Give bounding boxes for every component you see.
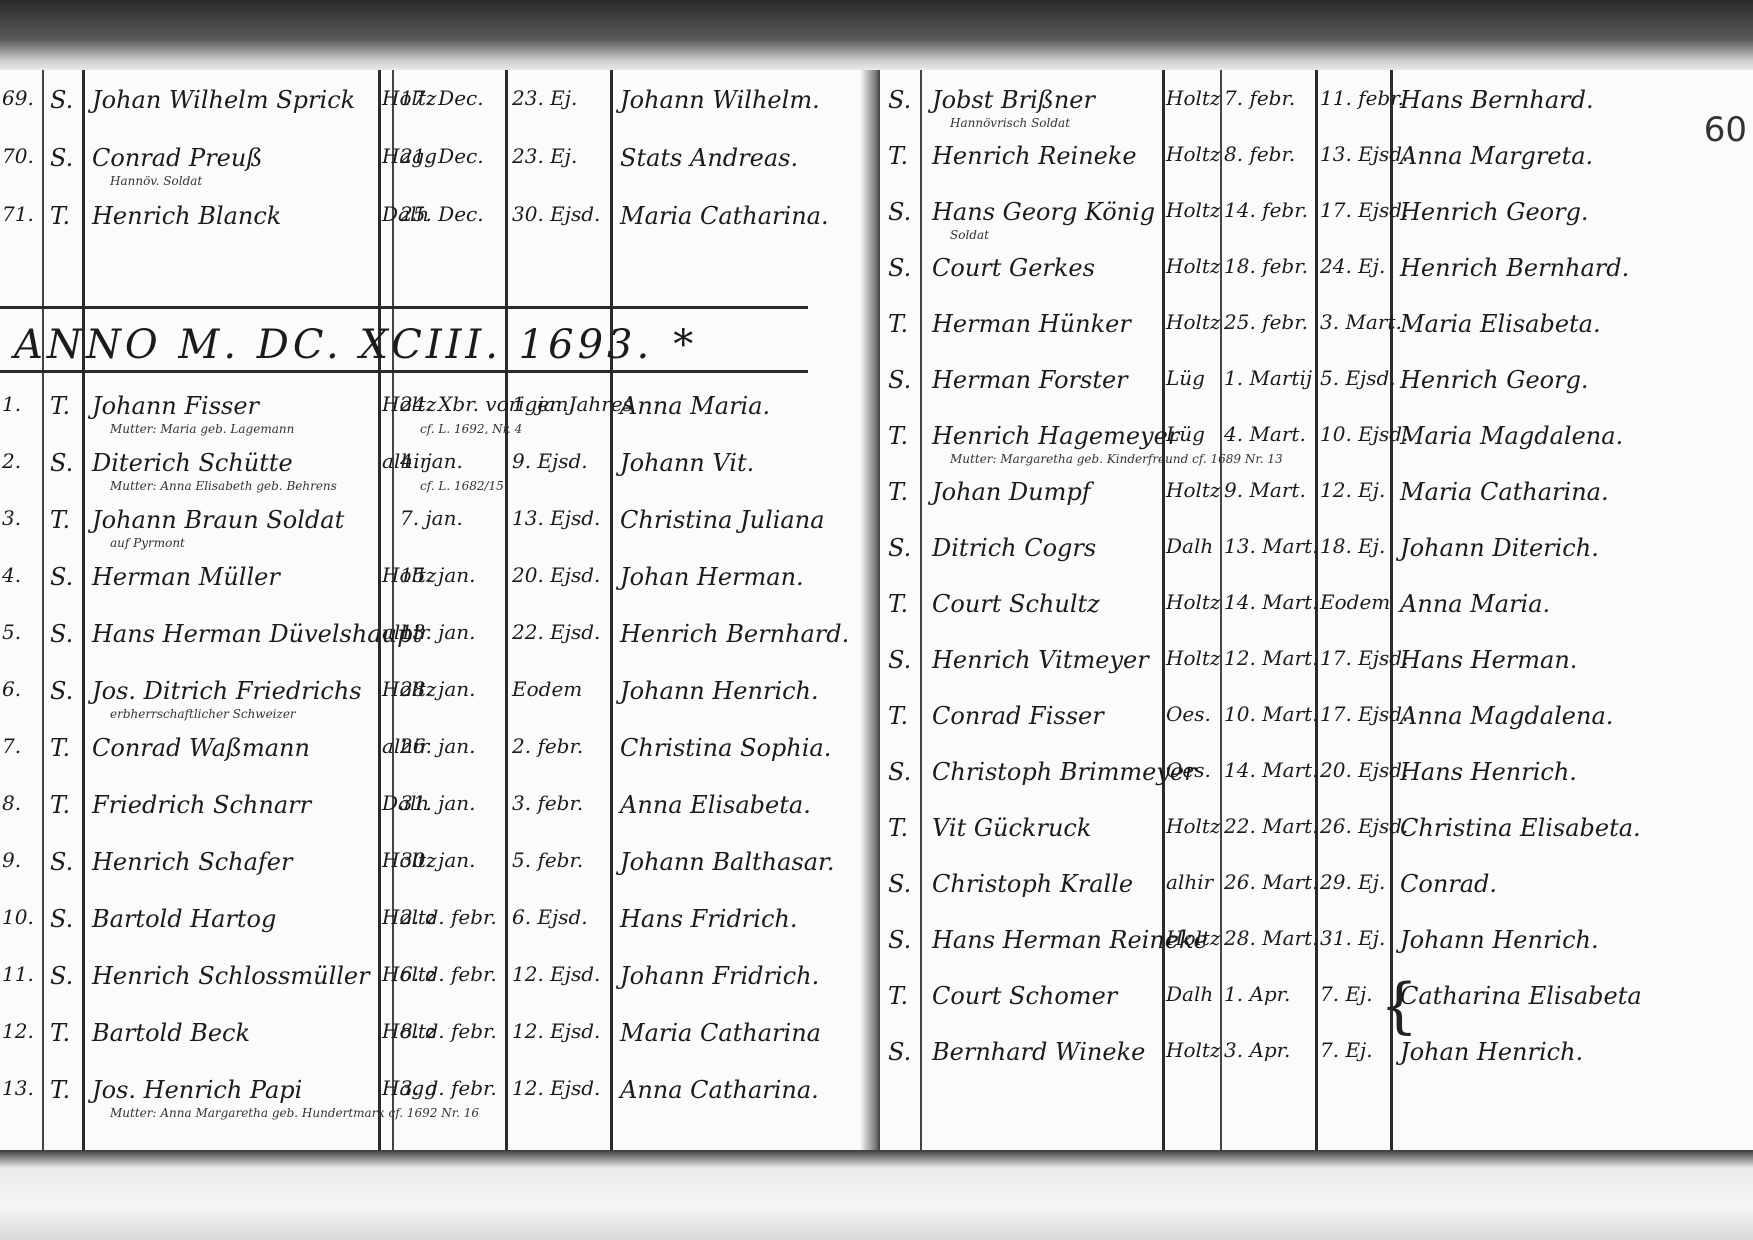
baptism-date: 17. Ejsd. [1320, 646, 1408, 670]
birth-date: 18. febr. [1224, 254, 1308, 278]
birth-date: 31. jan. [400, 791, 476, 815]
sex-mark: S. [50, 677, 73, 705]
birth-date: 28. Mart. [1224, 926, 1319, 950]
entry-note: Mutter: Maria geb. Lagemann [110, 422, 294, 436]
sex-mark: S. [888, 534, 911, 562]
place: Holtz [1166, 86, 1220, 110]
sex-mark: S. [50, 449, 73, 477]
register-row: 3.T.Johann Braun Soldatauf Pyrmont7. jan… [0, 500, 868, 552]
entry-number: 3. [2, 506, 21, 530]
father-name: Henrich Schafer [92, 848, 292, 876]
entry-number: 71. [2, 202, 34, 226]
father-name: Ditrich Cogrs [932, 534, 1096, 562]
child-name: Johann Fridrich. [620, 962, 819, 990]
place: Holtz [1166, 590, 1220, 614]
baptism-date: 11. febr. [1320, 86, 1404, 110]
child-name: Maria Catharina. [620, 202, 829, 230]
sex-mark: T. [888, 422, 908, 450]
father-name: Hans Herman Düvelshaupt [92, 620, 422, 648]
entry-note: Mutter: Anna Elisabeth geb. Behrens [110, 479, 337, 493]
baptism-date: 29. Ej. [1320, 870, 1385, 894]
entry-note: Mutter: Anna Margaretha geb. Hundertmark… [110, 1106, 479, 1120]
place: Holtz [1166, 926, 1220, 950]
sex-mark: S. [50, 86, 73, 114]
entry-number: 69. [2, 86, 34, 110]
sex-mark: T. [50, 1076, 70, 1104]
register-row: T.Herman HünkerHoltz25. febr.3. Mart.Mar… [880, 304, 1753, 356]
birth-date: 13. jan. [400, 620, 476, 644]
entry-number: 9. [2, 848, 21, 872]
entry-note: auf Pyrmont [110, 536, 185, 550]
child-name: Anna Magdalena. [1400, 702, 1613, 730]
child-name: Catharina Elisabeta [1400, 982, 1642, 1010]
birth-date: 17. Dec. [400, 86, 484, 110]
child-name: Hans Henrich. [1400, 758, 1577, 786]
left-page: ANNO M. DC. XCIII. 1693.* 69.S.Johan Wil… [0, 70, 871, 1155]
father-name: Diterich Schütte [92, 449, 293, 477]
sex-mark: T. [888, 982, 908, 1010]
father-name: Vit Gückruck [932, 814, 1091, 842]
sex-mark: T. [50, 506, 70, 534]
birth-date: 10. Mart. [1224, 702, 1319, 726]
register-row: 6.S.Jos. Ditrich Friedrichserbherrschaft… [0, 671, 868, 723]
father-name: Jos. Ditrich Friedrichs [92, 677, 362, 705]
scan-bottom-edge [0, 1150, 1753, 1240]
sex-mark: S. [50, 962, 73, 990]
entry-number: 13. [2, 1076, 34, 1100]
sex-mark: S. [888, 758, 911, 786]
child-name: Christina Juliana [620, 506, 825, 534]
register-row: 12.T.Bartold BeckHoltz8. d. febr.12. Ejs… [0, 1013, 868, 1065]
child-name: Conrad. [1400, 870, 1497, 898]
baptism-date: 5. febr. [512, 848, 583, 872]
child-name: Stats Andreas. [620, 144, 798, 172]
father-name: Friedrich Schnarr [92, 791, 311, 819]
baptism-date: 12. Ejsd. [512, 962, 600, 986]
birth-date: 13. Mart. [1224, 534, 1319, 558]
baptism-date: 6. Ejsd. [512, 905, 588, 929]
twin-bracket: { [1380, 976, 1418, 1036]
birth-date: 14. febr. [1224, 198, 1308, 222]
place: Holtz [1166, 478, 1220, 502]
baptism-date: 12. Ejsd. [512, 1076, 600, 1100]
birth-date: 15. jan. [400, 563, 476, 587]
child-name: Johann Balthasar. [620, 848, 835, 876]
register-row: S.Court GerkesHoltz18. febr.24. Ej.Henri… [880, 248, 1753, 300]
father-name: Henrich Schlossmüller [92, 962, 370, 990]
birth-date: 26. jan. [400, 734, 476, 758]
baptism-date: 26. Ejsd. [1320, 814, 1408, 838]
child-name: Hans Fridrich. [620, 905, 797, 933]
birth-date: 21. Dec. [400, 144, 484, 168]
child-name: Christina Sophia. [620, 734, 831, 762]
father-name: Jobst Brißner [932, 86, 1095, 114]
year-heading-text: ANNO M. DC. XCIII. 1693. [14, 322, 653, 368]
child-name: Maria Catharina. [1400, 478, 1609, 506]
child-name: Johann Henrich. [1400, 926, 1599, 954]
sex-mark: T. [888, 142, 908, 170]
place: alhir [1166, 870, 1213, 894]
birth-date: 14. Mart. [1224, 590, 1319, 614]
child-name: Anna Margreta. [1400, 142, 1593, 170]
register-row: T.Court SchomerDalh1. Apr.7. Ej.Catharin… [880, 976, 1753, 1028]
father-name: Conrad Fisser [932, 702, 1104, 730]
birth-date: 28. jan. [400, 677, 476, 701]
place: Holtz [1166, 310, 1220, 334]
register-row: T.Court SchultzHoltz14. Mart.EodemAnna M… [880, 584, 1753, 636]
birth-date: 25. Dec. [400, 202, 484, 226]
register-row: 10.S.Bartold HartogHoltz2. d. febr.6. Ej… [0, 899, 868, 951]
baptism-date: 1. jan. [512, 392, 575, 416]
entry-number: 70. [2, 144, 34, 168]
sex-mark: T. [50, 1019, 70, 1047]
register-row: S.Ditrich CogrsDalh13. Mart.18. Ej.Johan… [880, 528, 1753, 580]
entry-number: 5. [2, 620, 21, 644]
sex-mark: S. [888, 366, 911, 394]
child-name: Maria Catharina [620, 1019, 821, 1047]
child-name: Anna Elisabeta. [620, 791, 811, 819]
birth-date: 8. d. febr. [400, 1019, 497, 1043]
child-name: Maria Magdalena. [1400, 422, 1623, 450]
sex-mark: T. [888, 478, 908, 506]
baptism-date: Eodem [512, 677, 582, 701]
baptism-date: 17. Ejsd. [1320, 702, 1408, 726]
sex-mark: S. [50, 563, 73, 591]
place: Holtz [1166, 1038, 1220, 1062]
father-name: Henrich Vitmeyer [932, 646, 1149, 674]
sex-mark: S. [888, 646, 911, 674]
birth-date: 12. Mart. [1224, 646, 1319, 670]
entry-number: 4. [2, 563, 21, 587]
entry-number: 7. [2, 734, 21, 758]
father-name: Henrich Hagemeyer [932, 422, 1179, 450]
register-row: 69.S.Johan Wilhelm SprickHoltz17. Dec.23… [0, 80, 868, 132]
place: Holtz [1166, 646, 1220, 670]
place: Holtz [1166, 198, 1220, 222]
baptism-date: 23. Ej. [512, 86, 577, 110]
entry-number: 10. [2, 905, 34, 929]
father-name: Henrich Blanck [92, 202, 281, 230]
register-row: S.Bernhard WinekeHoltz3. Apr.7. Ej.Johan… [880, 1032, 1753, 1084]
register-row: 2.S.Diterich SchütteMutter: Anna Elisabe… [0, 443, 868, 495]
entry-number: 11. [2, 962, 34, 986]
baptism-date: 22. Ejsd. [512, 620, 600, 644]
register-row: 5.S.Hans Herman Düvelshauptalhir13. jan.… [0, 614, 868, 666]
father-name: Herman Forster [932, 366, 1128, 394]
birth-date: 7. jan. [400, 506, 463, 530]
sex-mark: S. [50, 905, 73, 933]
place: Holtz [1166, 814, 1220, 838]
entry-note: Mutter: Margaretha geb. Kinderfreund cf.… [950, 452, 1283, 466]
father-name: Herman Hünker [932, 310, 1131, 338]
father-name: Johan Wilhelm Sprick [92, 86, 355, 114]
baptism-date: 3. febr. [512, 791, 583, 815]
entry-number: 2. [2, 449, 21, 473]
baptism-date: 10. Ejsd. [1320, 422, 1408, 446]
register-row: 1.T.Johann FisserMutter: Maria geb. Lage… [0, 386, 868, 438]
father-name: Court Schultz [932, 590, 1100, 618]
register-row: 7.T.Conrad Waßmannalhir26. jan.2. febr.C… [0, 728, 868, 780]
birth-date: 22. Mart. [1224, 814, 1319, 838]
baptism-date: 7. Ej. [1320, 982, 1373, 1006]
baptism-date: 9. Ejsd. [512, 449, 588, 473]
place: Holtz [1166, 142, 1220, 166]
cross-reference: cf. L. 1692, Nr. 4 [420, 422, 522, 436]
baptism-date: 24. Ej. [1320, 254, 1385, 278]
sex-mark: T. [888, 590, 908, 618]
birth-date: 1. Apr. [1224, 982, 1290, 1006]
child-name: Johann Wilhelm. [620, 86, 820, 114]
baptism-date: 20. Ejsd. [1320, 758, 1408, 782]
child-name: Anna Maria. [1400, 590, 1550, 618]
place: Holtz [1166, 254, 1220, 278]
father-name: Hans Georg König [932, 198, 1155, 226]
entry-note: Hannövrisch Soldat [950, 116, 1070, 130]
child-name: Henrich Bernhard. [620, 620, 849, 648]
register-row: S.Christoph BrimmeyerOes.14. Mart.20. Ej… [880, 752, 1753, 804]
baptism-date: 2. febr. [512, 734, 583, 758]
sex-mark: T. [888, 310, 908, 338]
register-row: S.Hans Herman ReinekeHoltz28. Mart.31. E… [880, 920, 1753, 972]
place: Dalh [1166, 534, 1213, 558]
birth-date: 3. Apr. [1224, 1038, 1290, 1062]
entry-number: 12. [2, 1019, 34, 1043]
baptism-date: 13. Ejsd. [512, 506, 600, 530]
child-name: Henrich Georg. [1400, 198, 1589, 226]
baptism-date: 18. Ej. [1320, 534, 1385, 558]
scan-top-shadow [0, 0, 1753, 72]
child-name: Johann Diterich. [1400, 534, 1599, 562]
birth-date: 9. Mart. [1224, 478, 1306, 502]
father-name: Conrad Preuß [92, 144, 262, 172]
right-page: 60 S.Jobst BrißnerHannövrisch SoldatHolt… [880, 70, 1753, 1155]
child-name: Johan Herman. [620, 563, 804, 591]
baptism-date: Eodem [1320, 590, 1390, 614]
child-name: Hans Bernhard. [1400, 86, 1594, 114]
baptism-date: 23. Ej. [512, 144, 577, 168]
sex-mark: S. [888, 1038, 911, 1066]
register-row: 71.T.Henrich BlanckDalh25. Dec.30. Ejsd.… [0, 196, 868, 248]
father-name: Herman Müller [92, 563, 280, 591]
birth-date: 1. Martij [1224, 366, 1312, 390]
father-name: Henrich Reineke [932, 142, 1137, 170]
father-name: Bartold Hartog [92, 905, 276, 933]
sex-mark: T. [50, 392, 70, 420]
register-row: 4.S.Herman MüllerHoltz15. jan.20. Ejsd.J… [0, 557, 868, 609]
father-name: Johann Fisser [92, 392, 259, 420]
sex-mark: T. [50, 791, 70, 819]
entry-note: erbherrschaftlicher Schweizer [110, 707, 296, 721]
father-name: Court Gerkes [932, 254, 1095, 282]
entry-number: 1. [2, 392, 21, 416]
entry-note: Soldat [950, 228, 989, 242]
place: Oes. [1166, 702, 1211, 726]
baptism-date: 13. Ejsd. [1320, 142, 1408, 166]
register-row: T.Conrad FisserOes.10. Mart.17. Ejsd.Ann… [880, 696, 1753, 748]
birth-date: 4. jan. [400, 449, 463, 473]
birth-date: 2. d. febr. [400, 905, 497, 929]
birth-date: 6. d. febr. [400, 962, 497, 986]
child-name: Johann Henrich. [620, 677, 819, 705]
father-name: Jos. Henrich Papi [92, 1076, 302, 1104]
entry-number: 6. [2, 677, 21, 701]
child-name: Henrich Bernhard. [1400, 254, 1629, 282]
child-name: Anna Maria. [620, 392, 770, 420]
father-name: Johann Braun Soldat [92, 506, 344, 534]
sex-mark: T. [888, 702, 908, 730]
birth-date: 3. d. febr. [400, 1076, 497, 1100]
birth-date: 26. Mart. [1224, 870, 1319, 894]
sex-mark: S. [50, 848, 73, 876]
birth-date: 14. Mart. [1224, 758, 1319, 782]
place: Lüg [1166, 366, 1205, 390]
child-name: Maria Elisabeta. [1400, 310, 1601, 338]
place: Dalh [1166, 982, 1213, 1006]
baptism-date: 12. Ej. [1320, 478, 1385, 502]
child-name: Henrich Georg. [1400, 366, 1589, 394]
child-name: Christina Elisabeta. [1400, 814, 1641, 842]
baptism-date: 7. Ej. [1320, 1038, 1373, 1062]
sex-mark: T. [50, 734, 70, 762]
baptism-date: 30. Ejsd. [512, 202, 600, 226]
birth-date: 8. febr. [1224, 142, 1295, 166]
register-row: S.Henrich VitmeyerHoltz12. Mart.17. Ejsd… [880, 640, 1753, 692]
sex-mark: S. [888, 86, 911, 114]
place: Lüg [1166, 422, 1205, 446]
father-name: Bartold Beck [92, 1019, 250, 1047]
father-name: Johan Dumpf [932, 478, 1091, 506]
birth-date: 7. febr. [1224, 86, 1295, 110]
father-name: Conrad Waßmann [92, 734, 310, 762]
register-row: S.Hans Georg KönigSoldatHoltz14. febr.17… [880, 192, 1753, 244]
cross-reference: cf. L. 1682/15 [420, 479, 504, 493]
register-row: 70.S.Conrad PreußHannöv. SoldatHagg21. D… [0, 138, 868, 190]
child-name: Anna Catharina. [620, 1076, 819, 1104]
register-row: 13.T.Jos. Henrich PapiMutter: Anna Marga… [0, 1070, 868, 1122]
register-row: 9.S.Henrich SchaferHoltz30. jan.5. febr.… [0, 842, 868, 894]
register-row: S.Herman ForsterLüg1. Martij5. Ejsd.Henr… [880, 360, 1753, 412]
sex-mark: S. [888, 926, 911, 954]
baptism-date: 3. Mart. [1320, 310, 1402, 334]
father-name: Christoph Kralle [932, 870, 1133, 898]
father-name: Christoph Brimmeyer [932, 758, 1196, 786]
register-row: T.Henrich ReinekeHoltz8. febr.13. Ejsd.A… [880, 136, 1753, 188]
child-name: Johann Vit. [620, 449, 754, 477]
sex-mark: T. [50, 202, 70, 230]
sex-mark: S. [888, 198, 911, 226]
baptism-date: 20. Ejsd. [512, 563, 600, 587]
birth-date: 30. jan. [400, 848, 476, 872]
child-name: Hans Herman. [1400, 646, 1577, 674]
sex-mark: S. [888, 254, 911, 282]
baptism-date: 5. Ejsd. [1320, 366, 1396, 390]
baptism-date: 17. Ejsd. [1320, 198, 1408, 222]
entry-number: 8. [2, 791, 21, 815]
section-rule [0, 370, 808, 373]
register-row: T.Johan DumpfHoltz9. Mart.12. Ej.Maria C… [880, 472, 1753, 524]
register-row: T.Vit GückruckHoltz22. Mart.26. Ejsd.Chr… [880, 808, 1753, 860]
register-row: T.Henrich HagemeyerMutter: Margaretha ge… [880, 416, 1753, 468]
father-name: Court Schomer [932, 982, 1117, 1010]
baptism-date: 31. Ej. [1320, 926, 1385, 950]
register-row: S.Jobst BrißnerHannövrisch SoldatHoltz7.… [880, 80, 1753, 132]
sex-mark: S. [50, 144, 73, 172]
register-row: 11.S.Henrich SchlossmüllerHoltz6. d. feb… [0, 956, 868, 1008]
birth-date: 25. febr. [1224, 310, 1308, 334]
section-rule [0, 306, 808, 309]
register-row: S.Christoph Krallealhir26. Mart.29. Ej.C… [880, 864, 1753, 916]
child-name: Johan Henrich. [1400, 1038, 1583, 1066]
asterisk-mark: * [673, 322, 697, 368]
father-name: Bernhard Wineke [932, 1038, 1145, 1066]
year-heading: ANNO M. DC. XCIII. 1693.* [14, 322, 697, 368]
place: Oes. [1166, 758, 1211, 782]
sex-mark: T. [888, 814, 908, 842]
register-row: 8.T.Friedrich SchnarrDalh31. jan.3. febr… [0, 785, 868, 837]
baptism-date: 12. Ejsd. [512, 1019, 600, 1043]
birth-date: 4. Mart. [1224, 422, 1306, 446]
entry-note: Hannöv. Soldat [110, 174, 202, 188]
sex-mark: S. [888, 870, 911, 898]
sex-mark: S. [50, 620, 73, 648]
